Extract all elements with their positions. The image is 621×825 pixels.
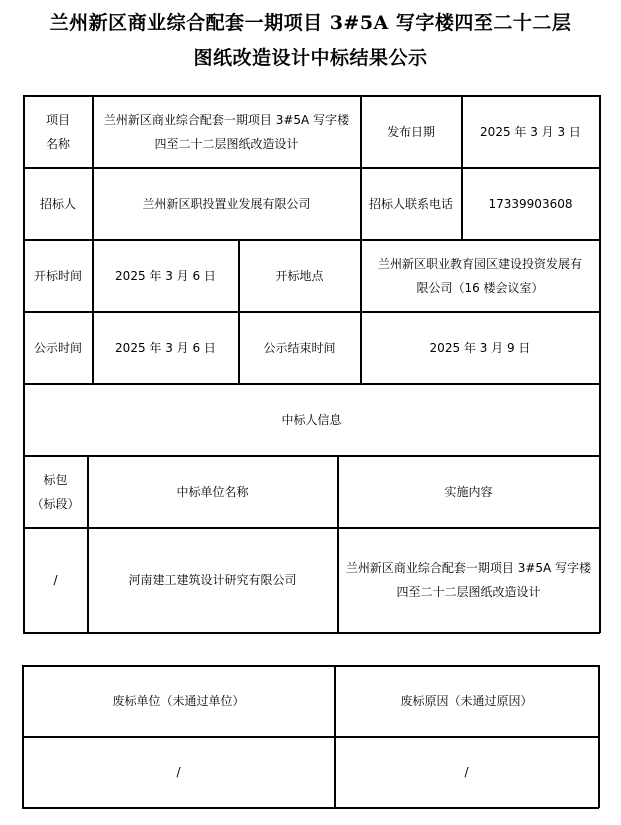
winner-content-value: 兰州新区商业综合配套一期项目 3#5A 写字楼 四至二十二层图纸改造设计 bbox=[338, 528, 599, 632]
winner-lot-value: / bbox=[24, 528, 87, 632]
publish-date-value: 2025 年 3 月 3 日 bbox=[462, 96, 599, 167]
header-text: （标段） bbox=[31, 492, 79, 516]
winner-company-value: 河南建工建筑设计研究有限公司 bbox=[88, 528, 337, 632]
value-text: 兰州新区商业综合配套一期项目 3#5A 写字楼 bbox=[104, 108, 349, 132]
page-title-line2: 图纸改造设计中标结果公示 bbox=[0, 43, 621, 70]
label-text: 项目 bbox=[46, 108, 70, 132]
tenderer-value: 兰州新区职投置业发展有限公司 bbox=[93, 168, 360, 239]
project-name-value: 兰州新区商业综合配套一期项目 3#5A 写字楼 四至二十二层图纸改造设计 bbox=[93, 96, 360, 167]
project-name-label: 项目 名称 bbox=[24, 96, 92, 167]
rejected-unit-header: 废标单位（未通过单位） bbox=[23, 666, 334, 736]
opening-place-label: 开标地点 bbox=[239, 240, 360, 311]
opening-time-label: 开标时间 bbox=[24, 240, 92, 311]
lot-header: 标包 （标段） bbox=[24, 456, 87, 527]
tenderer-phone-value: 17339903608 bbox=[462, 168, 599, 239]
tenderer-phone-label: 招标人联系电话 bbox=[361, 168, 461, 239]
tenderer-label: 招标人 bbox=[24, 168, 92, 239]
winner-section-heading: 中标人信息 bbox=[24, 384, 599, 455]
header-text: 标包 bbox=[43, 468, 67, 492]
opening-time-value: 2025 年 3 月 6 日 bbox=[93, 240, 238, 311]
label-text: 名称 bbox=[46, 132, 70, 156]
company-header: 中标单位名称 bbox=[88, 456, 337, 527]
publicity-end-value: 2025 年 3 月 9 日 bbox=[361, 312, 599, 383]
publish-date-label: 发布日期 bbox=[361, 96, 461, 167]
table-border bbox=[23, 632, 600, 634]
rejected-reason-value: / bbox=[335, 737, 598, 807]
rejected-reason-header: 废标原因（未通过原因） bbox=[335, 666, 598, 736]
table-border bbox=[598, 665, 600, 808]
rejected-unit-value: / bbox=[23, 737, 334, 807]
publicity-time-value: 2025 年 3 月 6 日 bbox=[93, 312, 238, 383]
publicity-time-label: 公示时间 bbox=[24, 312, 92, 383]
value-text: 四至二十二层图纸改造设计 bbox=[154, 132, 298, 156]
table-border bbox=[599, 95, 601, 633]
table-border bbox=[22, 807, 599, 809]
opening-place-value: 兰州新区职业教育园区建设投资发展有 限公司（16 楼会议室） bbox=[361, 240, 599, 311]
page-title-line1: 兰州新区商业综合配套一期项目 3#5A 写字楼四至二十二层 bbox=[0, 8, 621, 35]
value-text: 四至二十二层图纸改造设计 bbox=[396, 580, 540, 604]
value-text: 兰州新区商业综合配套一期项目 3#5A 写字楼 bbox=[346, 556, 591, 580]
value-text: 兰州新区职业教育园区建设投资发展有 bbox=[378, 252, 582, 276]
content-header: 实施内容 bbox=[338, 456, 599, 527]
value-text: 限公司（16 楼会议室） bbox=[416, 276, 543, 300]
publicity-end-label: 公示结束时间 bbox=[239, 312, 360, 383]
